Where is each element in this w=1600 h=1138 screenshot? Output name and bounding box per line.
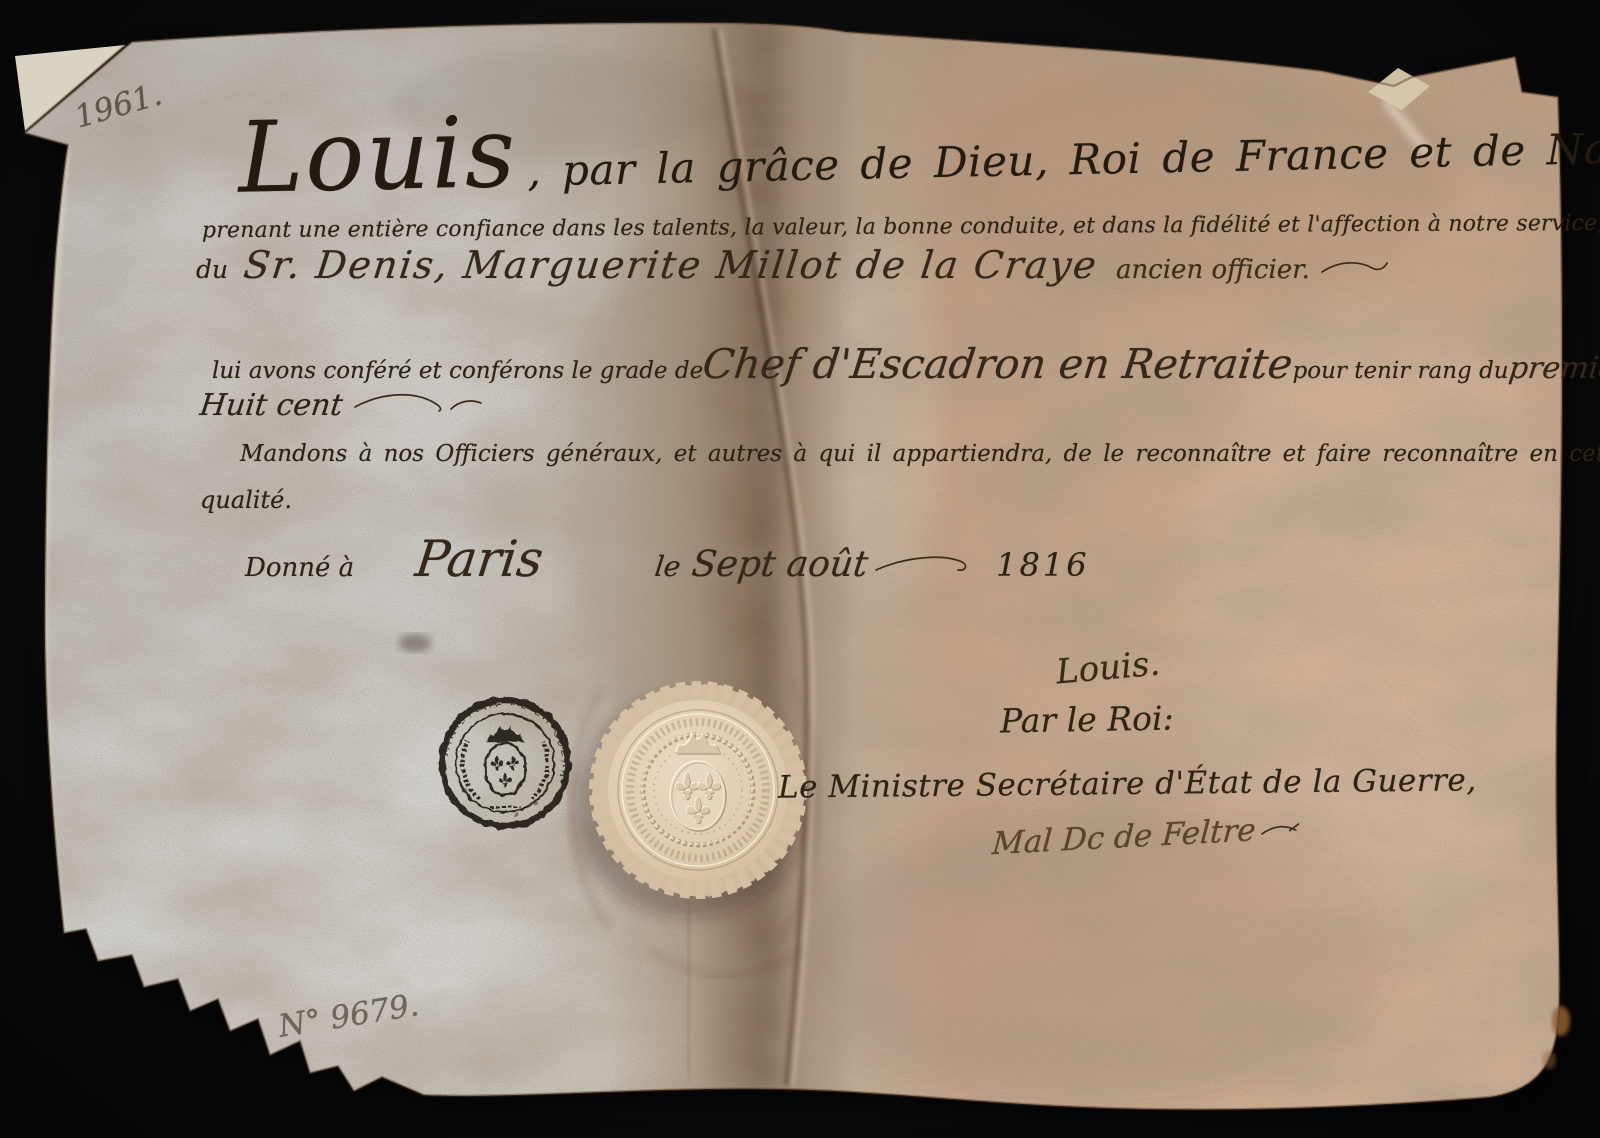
ink-stamp-seal: MINISTERE DE LA GUERRE [438,695,572,826]
photo-scene: MINISTERE DE LA GUERRE 1961. Louis, par … [0,0,1600,1138]
pen-flourish [874,554,970,576]
dateline-le: le [653,550,683,583]
recipient-name: Sr. Denis, Marguerite Millot de la Craye [241,243,1100,287]
dateline: Donné à Paris le Sept août 1816 [245,530,1090,588]
mandate-line-1: Mandons à nos Officiers généraux, et aut… [240,441,1434,467]
dateline-year: 1816 [996,546,1089,584]
stain [1552,1006,1570,1036]
grant-date-script: premier Janvier Mil [1506,351,1600,386]
recipient-prefix: du [196,255,228,284]
grant-continuation-line: Huit cent [200,388,501,423]
grant-continuation: Huit cent [198,388,345,423]
pen-flourish [1320,258,1390,278]
by-the-king-line: Par le Roi: [1000,698,1174,740]
heading-louis: Louis [237,112,518,201]
pen-flourish [351,389,501,415]
dateline-date: Sept août [690,544,871,585]
grant-lead: lui avons conféré et conférons le grade … [212,358,703,384]
minister-title-line: Le Ministre Secrétaire d'État de la Guer… [778,762,1477,805]
grant-mid: pour tenir rang du [1293,358,1509,384]
dateline-given-at: Donné à [245,553,354,583]
grant-line: lui avons conféré et conférons le grade … [212,340,1548,388]
recipient-line: du Sr. Denis, Marguerite Millot de la Cr… [196,243,1390,287]
pen-flourish [1259,820,1302,840]
mandate-line-2: qualité. [200,486,292,514]
grant-rank: Chef d'Escadron en Retraite [700,340,1295,388]
recipient-suffix: ancien officier. [1116,255,1310,285]
dateline-place: Paris [413,530,547,588]
